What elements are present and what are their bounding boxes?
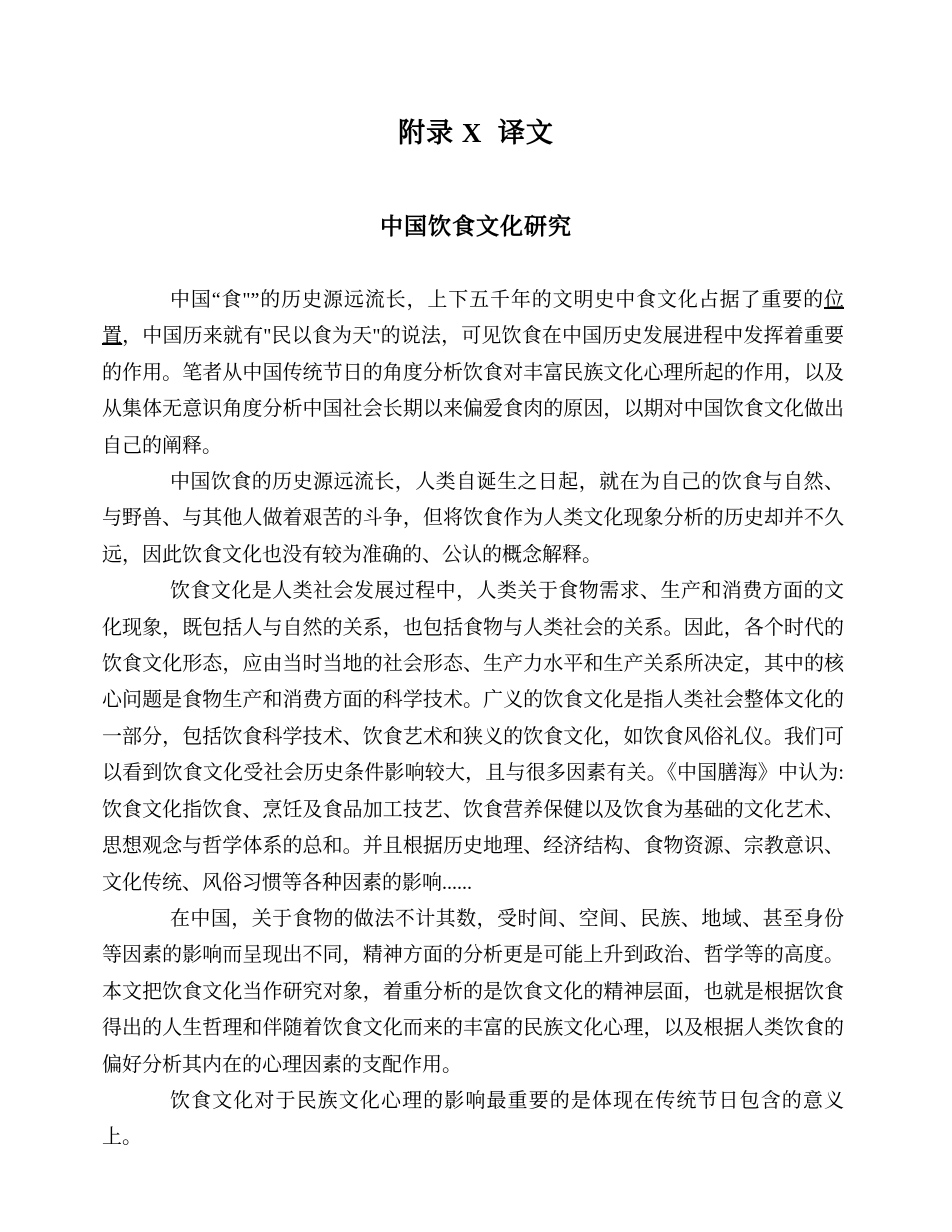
- paragraph-3: 饮食文化是人类社会发展过程中，人类关于食物需求、生产和消费方面的文化现象，既包括…: [102, 573, 844, 901]
- article-title: 中国饮食文化研究: [0, 214, 952, 240]
- appendix-title: 附录 X 译文: [0, 118, 952, 149]
- paragraph-5: 饮食文化对于民族文化心理的影响最重要的是体现在传统节日包含的意义上。: [102, 1083, 844, 1156]
- document-body: 中国“食"”的历史源远流长，上下五千年的文明史中食文化占据了重要的位置，中国历来…: [102, 282, 844, 1156]
- paragraph-1-text-before: 中国“食"”的历史源远流长，上下五千年的文明史中食文化占据了重要的: [170, 289, 824, 311]
- paragraph-4: 在中国，关于食物的做法不计其数，受时间、空间、民族、地域、甚至身份等因素的影响而…: [102, 901, 844, 1083]
- paragraph-1-text-after: ，中国历来就有"民以食为天"的说法，可见饮食在中国历史发展进程中发挥着重要的作用…: [102, 325, 844, 456]
- document-page: 附录 X 译文 中国饮食文化研究 中国“食"”的历史源远流长，上下五千年的文明史…: [0, 0, 952, 1232]
- paragraph-2: 中国饮食的历史源远流长，人类自诞生之日起，就在为自己的饮食与自然、与野兽、与其他…: [102, 464, 844, 573]
- paragraph-1: 中国“食"”的历史源远流长，上下五千年的文明史中食文化占据了重要的位置，中国历来…: [102, 282, 844, 464]
